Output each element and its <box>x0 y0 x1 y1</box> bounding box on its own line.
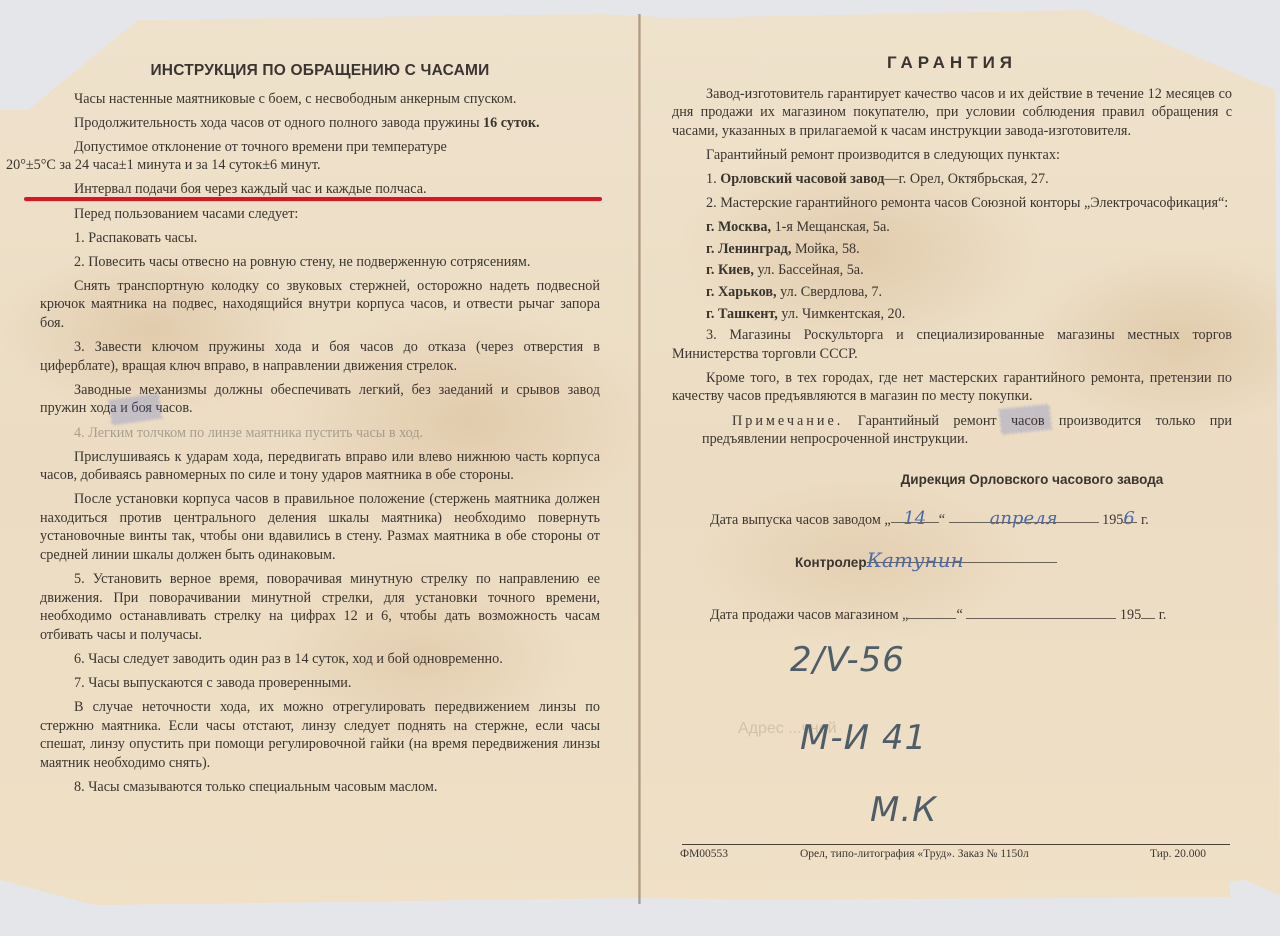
repair-locations-intro: Гарантийный ремонт производится в следую… <box>672 146 1232 165</box>
city-address-kiev: г. Киев, ул. Бассейная, 5а. <box>672 261 1232 280</box>
paragraph-before-use: Перед пользованием часами следует: <box>40 205 600 224</box>
step-4-detail: Прислушиваясь к ударам хода, передвигать… <box>40 448 600 485</box>
warranty-page: ГАРАНТИЯ Завод-изготовитель гарантирует … <box>672 54 1232 454</box>
sale-date-field: Дата продажи часов магазином „“ 195 г. <box>710 604 1270 624</box>
footer-printer: Орел, типо-литография «Труд». Заказ № 11… <box>800 848 1029 860</box>
pencil-note-date: 2/V-56 <box>790 640 905 680</box>
warranty-store-claims: Кроме того, в тех городах, где нет масте… <box>672 369 1232 406</box>
step-2: 2. Повесить часы отвесно на ровную стену… <box>40 253 600 272</box>
city-address-tashkent: г. Ташкент, ул. Чимкентская, 20. <box>672 305 1232 324</box>
step-7: 7. Часы выпускаются с завода проверенным… <box>40 674 600 693</box>
run-duration-value: 16 суток. <box>483 115 540 131</box>
controller-field: КонтролерКатунин <box>795 548 1280 572</box>
step-4: 4. Легким толчком по линзе маятника пуст… <box>40 424 600 443</box>
release-day-handwritten: 14 <box>903 508 926 529</box>
step-8: 8. Часы смазываются только специальным ч… <box>40 778 600 797</box>
controller-signature: Катунин <box>867 548 964 572</box>
city-address-moscow: г. Москва, 1-я Мещанская, 5а. <box>672 218 1232 237</box>
city-address-kharkov: г. Харьков, ул. Свердлова, 7. <box>672 283 1232 302</box>
instructions-page: ИНСТРУКЦИЯ ПО ОБРАЩЕНИЮ С ЧАСАМИ Часы на… <box>40 62 600 802</box>
step-6: 6. Часы следует заводить один раз в 14 с… <box>40 650 600 669</box>
step-1: 1. Распаковать часы. <box>40 229 600 248</box>
paragraph-accuracy: Допустимое отклонение от точного времени… <box>40 138 600 175</box>
step-3: 3. Завести ключом пружины хода и боя час… <box>40 338 600 375</box>
center-fold <box>638 14 641 904</box>
instructions-title: ИНСТРУКЦИЯ ПО ОБРАЩЕНИЮ С ЧАСАМИ <box>40 62 600 81</box>
accuracy-spec: 20°±5°С за 24 часа±1 минута и за 14 суто… <box>6 156 321 175</box>
city-address-leningrad: г. Ленинград, Мойка, 58. <box>672 240 1232 259</box>
warranty-terms: Завод-изготовитель гарантирует качество … <box>672 85 1232 141</box>
repair-point-3: 3. Магазины Роскульторга и специализиров… <box>672 326 1232 363</box>
paragraph-clock-type: Часы настенные маятниковые с боем, с нес… <box>40 90 600 109</box>
pencil-note-initials: М.К <box>870 790 937 830</box>
directorate-label: Дирекция Орловского часового завода <box>672 472 1280 487</box>
release-date-field: Дата выпуска часов заводом „14“ апреля 1… <box>710 508 1270 529</box>
warranty-note: Примечание. Гарантийный ремонт часов про… <box>672 412 1232 449</box>
repair-point-2: 2. Мастерские гарантийного ремонта часов… <box>672 194 1232 213</box>
step-2-detail: Снять транспортную колодку со звуковых с… <box>40 277 600 333</box>
step-4-adjustment: После установки корпуса часов в правильн… <box>40 490 600 564</box>
repair-point-1: 1. Орловский часовой завод—г. Орел, Октя… <box>672 170 1232 189</box>
footer-form-code: ФМ00553 <box>680 848 728 860</box>
paragraph-run-duration: Продолжительность хода часов от одного п… <box>40 114 600 133</box>
red-highlight-underline <box>24 197 602 201</box>
release-year-digit-handwritten: 6 <box>1123 508 1134 529</box>
step-5: 5. Установить верное время, поворачивая … <box>40 570 600 644</box>
step-7-detail: В случае неточности хода, их можно отрег… <box>40 698 600 772</box>
warranty-title: ГАРАНТИЯ <box>672 54 1232 73</box>
footer-rule <box>682 844 1230 845</box>
release-month-handwritten: апреля <box>990 508 1058 529</box>
footer-print-run: Тир. 20.000 <box>1150 848 1206 860</box>
pencil-note-code: М-И 41 <box>800 718 927 758</box>
